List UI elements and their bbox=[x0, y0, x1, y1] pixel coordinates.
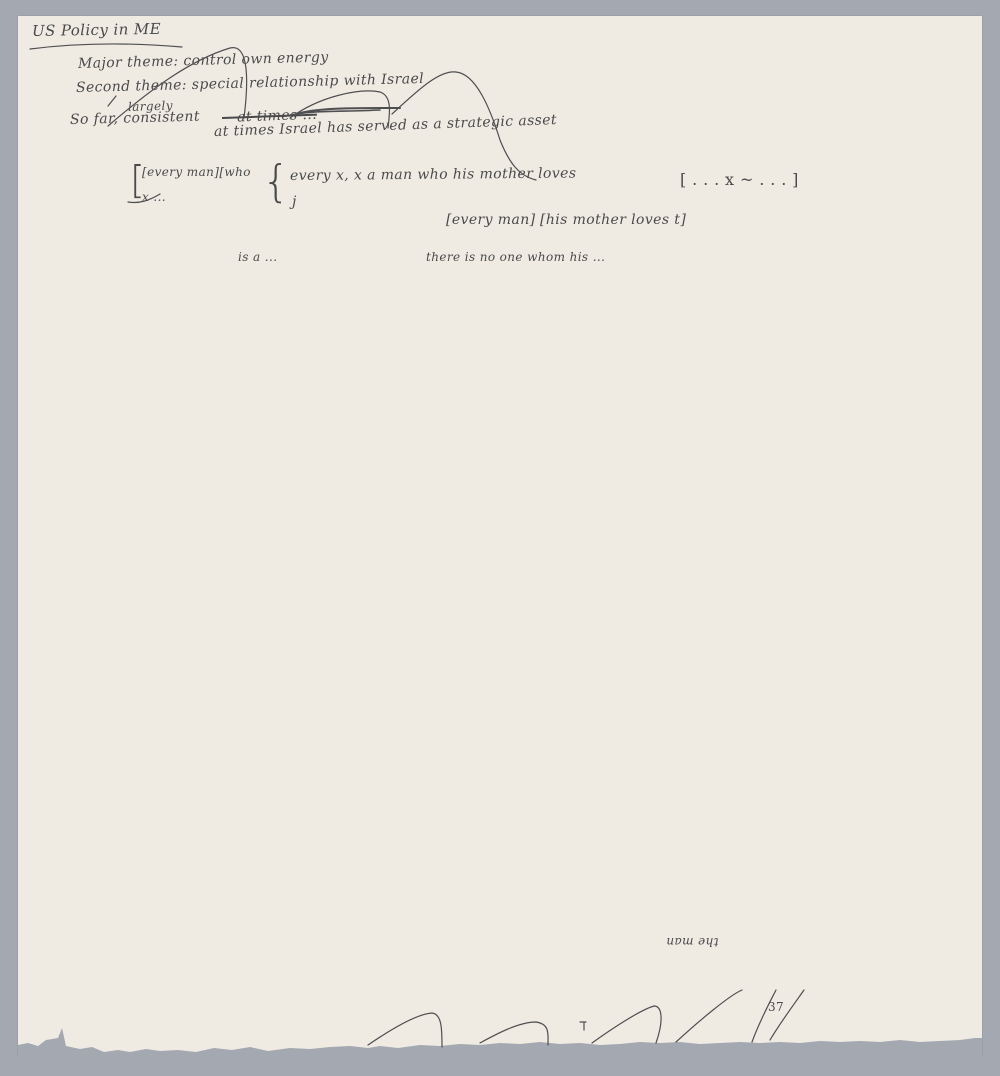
formula-left-top: [every man][who bbox=[142, 165, 251, 179]
formula-his-mother-loves: [his mother loves t] bbox=[540, 212, 686, 228]
formula-brace-top: every x, x a man who his mother loves bbox=[290, 166, 577, 184]
document-title: US Policy in ME bbox=[32, 20, 161, 40]
formula-every-man: [every man] bbox=[446, 212, 536, 228]
formula-left-bottom: x ... bbox=[142, 190, 166, 204]
corner-mark: 37 bbox=[768, 1000, 784, 1014]
note-line-so-far: So far, consistent bbox=[70, 109, 200, 128]
note-there-is-no-one: there is no one whom his ... bbox=[426, 250, 605, 264]
formula-right-group: [ . . . x ~ . . . ] bbox=[680, 170, 799, 189]
note-inverted-the-man: the man bbox=[666, 935, 719, 949]
note-is-a: is a ... bbox=[238, 250, 277, 264]
formula-brace-bottom: j bbox=[292, 194, 297, 210]
curly-brace: { bbox=[262, 156, 290, 207]
